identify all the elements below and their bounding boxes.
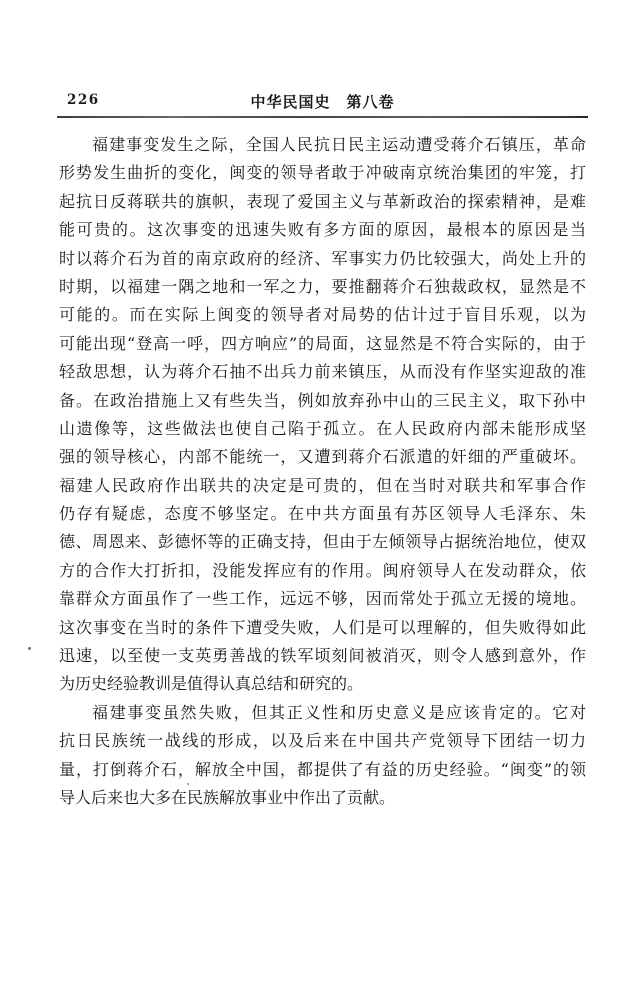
text-line: 福建人民政府作出联共的决定是可贵的，但在当时对联共和军事合作 [59, 472, 586, 500]
running-title: 中华民国史 第八卷 [57, 91, 588, 112]
text-line: 强的领导核心，内部不能统一，又遭到蒋介石派遣的奸细的严重破坏。 [59, 443, 586, 471]
text-line: 导人后来也大多在民族解放事业中作出了贡献。 [59, 784, 586, 812]
text-line: 福建事变虽然失败，但其正义性和历史意义是应该肯定的。它对 [59, 699, 586, 727]
text-line: 福建事变发生之际，全国人民抗日民主运动遭受蒋介石镇压，革命 [59, 131, 586, 159]
text-line: 能可贵的。这次事变的迅速失败有多方面的原因，最根本的原因是当 [59, 216, 586, 244]
text-line: 仍存有疑虑，态度不够坚定。在中共方面虽有苏区领导人毛泽东、朱 [59, 500, 586, 528]
text-line: 时以蒋介石为首的南京政府的经济、军事实力仍比较强大，尚处上升的 [59, 245, 586, 273]
page-header: 226 中华民国史 第八卷 [57, 90, 588, 110]
text-line: 德、周恩来、彭德怀等的正确支持，但由于左倾领导占据统治地位，使双 [59, 528, 586, 556]
text-line: 山遗像等，这些做法也使自己陷于孤立。在人民政府内部未能形成坚 [59, 415, 586, 443]
header-rule [57, 116, 588, 118]
text-line: 为历史经验教训是值得认真总结和研究的。 [59, 670, 586, 698]
scan-speck [187, 783, 189, 785]
text-line: 备。在政治措施上又有些失当，例如放弃孙中山的三民主义，取下孙中 [59, 387, 586, 415]
text-line: 可能的。而在实际上闽变的领导者对局势的估计过于盲目乐观，以为 [59, 301, 586, 329]
text-line: 靠群众方面虽作了一些工作，远远不够，因而常处于孤立无援的境地。 [59, 585, 586, 613]
text-line: 可能出现“登高一呼，四方响应”的局面，这显然是不符合实际的，由于 [59, 330, 586, 358]
scan-speck [28, 647, 31, 650]
text-line: 时期，以福建一隅之地和一军之力，要推翻蒋介石独裁政权，显然是不 [59, 273, 586, 301]
text-line: 量，打倒蒋介石，解放全中国，都提供了有益的历史经验。“闽变”的领 [59, 756, 586, 784]
text-line: 这次事变在当时的条件下遭受失败，人们是可以理解的，但失败得如此 [59, 614, 586, 642]
text-line: 方的合作大打折扣，没能发挥应有的作用。闽府领导人在发动群众，依 [59, 557, 586, 585]
text-line: 起抗日反蒋联共的旗帜，表现了爱国主义与革新政治的探索精神，是难 [59, 188, 586, 216]
text-line: 轻敌思想，认为蒋介石抽不出兵力前来镇压，从而没有作坚实迎敌的准 [59, 358, 586, 386]
text-line: 抗日民族统一战线的形成，以及后来在中国共产党领导下团结一切力 [59, 727, 586, 755]
book-page: 226 中华民国史 第八卷 福建事变发生之际，全国人民抗日民主运动遭受蒋介石镇压… [0, 0, 644, 1000]
text-line: 形势发生曲折的变化，闽变的领导者敢于冲破南京统治集团的牢笼，打 [59, 159, 586, 187]
page-body: 福建事变发生之际，全国人民抗日民主运动遭受蒋介石镇压，革命 形势发生曲折的变化，… [59, 131, 586, 812]
text-line: 迅速，以至使一支英勇善战的铁军顷刻间被消灭，则令人感到意外，作 [59, 642, 586, 670]
